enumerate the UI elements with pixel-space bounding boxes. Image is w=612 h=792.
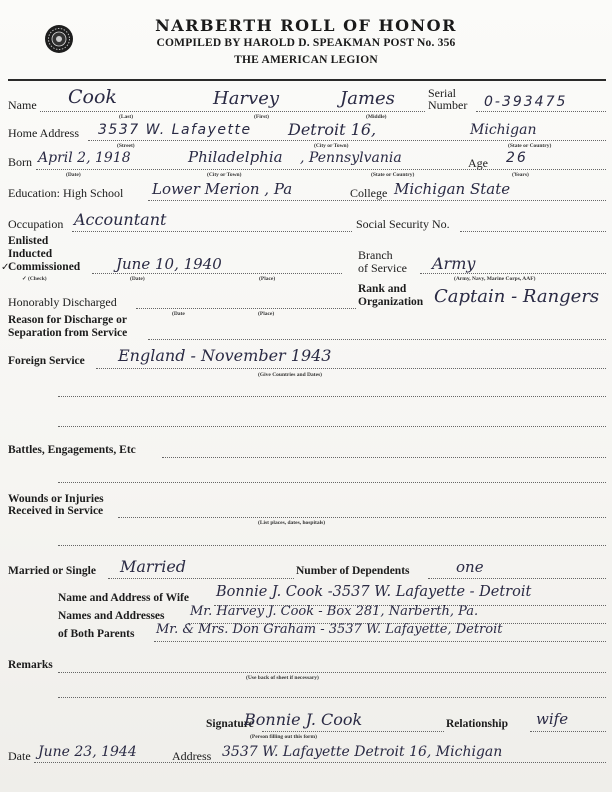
inducted-option[interactable]: Inducted: [8, 248, 52, 260]
birth-city-field[interactable]: Philadelphia: [188, 148, 283, 166]
commissioned-option[interactable]: Commissioned: [8, 261, 80, 273]
dependents-label: Number of Dependents: [296, 565, 410, 577]
dependents-field[interactable]: one: [456, 558, 484, 576]
compiled-by: COMPILED BY HAROLD D. SPEAKMAN POST No. …: [0, 37, 612, 49]
parent-2-field[interactable]: Mr. & Mrs. Don Graham - 3537 W. Lafayett…: [156, 622, 502, 637]
occupation-field[interactable]: Accountant: [74, 210, 166, 229]
marital-label: Married or Single: [8, 565, 96, 577]
form-address-field[interactable]: 3537 W. Lafayette Detroit 16, Michigan: [222, 744, 502, 760]
marital-status-field[interactable]: Married: [120, 557, 186, 576]
foreign-service-label: Foreign Service: [8, 355, 85, 367]
college-label: College: [350, 186, 387, 201]
relationship-label: Relationship: [446, 718, 508, 730]
reason-label: Reason for Discharge or: [8, 314, 127, 326]
serial-number-field[interactable]: 0-393475: [484, 94, 567, 110]
occupation-label: Occupation: [8, 217, 63, 232]
age-field[interactable]: 26: [506, 150, 528, 166]
foreign-service-field[interactable]: England - November 1943: [118, 346, 331, 365]
form-date-field[interactable]: June 23, 1944: [38, 744, 137, 760]
parents-label: Names and Addresses: [58, 610, 165, 622]
wife-field[interactable]: Bonnie J. Cook -3537 W. Lafayette - Detr…: [216, 584, 531, 600]
roll-of-honor-form: NARBERTH ROLL OF HONOR COMPILED BY HAROL…: [0, 0, 612, 792]
last-name-field[interactable]: Cook: [68, 86, 117, 108]
service-date-field[interactable]: June 10, 1940: [116, 255, 222, 273]
birth-state-field[interactable]: , Pennsylvania: [300, 150, 402, 166]
form-title: NARBERTH ROLL OF HONOR: [0, 16, 612, 35]
rank-label: Rank and: [358, 283, 406, 295]
wounds-label: Wounds or Injuries: [8, 493, 104, 505]
signature-field[interactable]: Bonnie J. Cook: [244, 710, 362, 729]
discharged-label: Honorably Discharged: [8, 295, 117, 310]
organization-name: THE AMERICAN LEGION: [0, 54, 612, 66]
address-label: Address: [172, 749, 211, 764]
age-label: Age: [468, 156, 488, 171]
birth-date-field[interactable]: April 2, 1918: [38, 150, 131, 166]
remarks-label: Remarks: [8, 659, 53, 671]
parent-1-field[interactable]: Mr. Harvey J. Cook - Box 281, Narberth, …: [190, 604, 478, 619]
city-field[interactable]: Detroit 16,: [288, 120, 376, 139]
street-field[interactable]: 3537 W. Lafayette: [98, 122, 252, 138]
date-label: Date: [8, 749, 31, 764]
college-field[interactable]: Michigan State: [394, 180, 510, 198]
branch-field[interactable]: Army: [432, 254, 475, 273]
header-divider: [8, 79, 606, 81]
home-address-label: Home Address: [8, 126, 79, 141]
rank-field[interactable]: Captain - Rangers: [434, 286, 599, 307]
ssn-label: Social Security No.: [356, 217, 450, 232]
relationship-field[interactable]: wife: [536, 710, 568, 728]
first-name-field[interactable]: Harvey: [213, 88, 279, 109]
name-label: Name: [8, 98, 37, 113]
high-school-field[interactable]: Lower Merion , Pa: [152, 180, 292, 198]
middle-name-field[interactable]: James: [340, 88, 395, 109]
high-school-label: Education: High School: [8, 186, 123, 201]
battles-label: Battles, Engagements, Etc: [8, 444, 136, 456]
born-label: Born: [8, 155, 32, 170]
enlisted-option[interactable]: Enlisted: [8, 235, 48, 247]
state-field[interactable]: Michigan: [470, 122, 536, 138]
wife-label: Name and Address of Wife: [58, 592, 189, 604]
